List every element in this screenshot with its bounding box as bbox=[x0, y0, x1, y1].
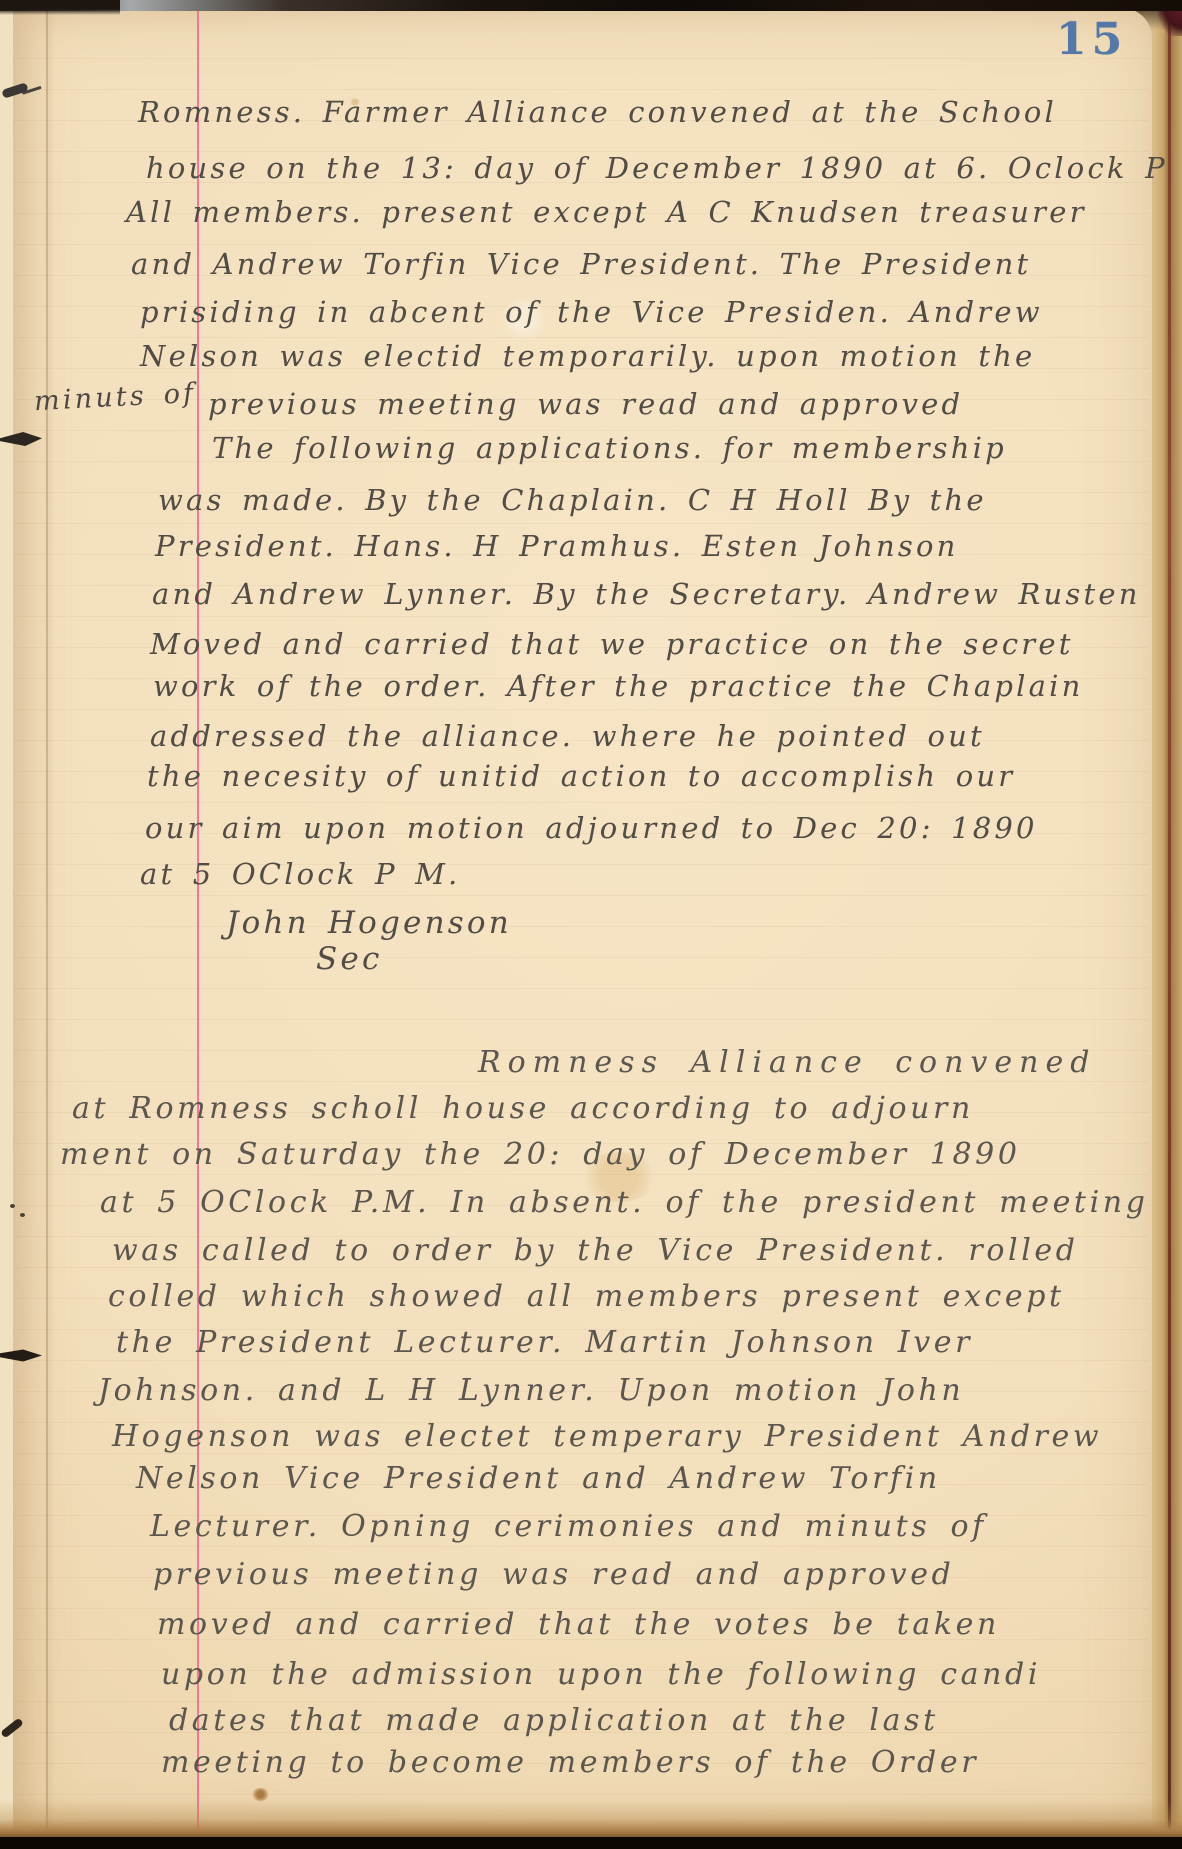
manuscript-line: our aim upon motion adjourned to Dec 20:… bbox=[145, 812, 1038, 845]
manuscript-line: house on the 13: day of December 1890 at… bbox=[146, 152, 1182, 185]
manuscript-scan: 15 Romness. Farmer Alliance convened at … bbox=[0, 0, 1182, 1849]
manuscript-line: Lecturer. Opning cerimonies and minuts o… bbox=[150, 1510, 987, 1545]
manuscript-line: addressed the alliance. where he pointed… bbox=[150, 720, 985, 753]
manuscript-line: at 5 OClock P M. bbox=[140, 858, 460, 891]
manuscript-line: upon the admission upon the following ca… bbox=[161, 1658, 1041, 1693]
manuscript-line: and Andrew Lynner. By the Secretary. And… bbox=[152, 578, 1141, 611]
manuscript-line: moved and carried that the votes be take… bbox=[157, 1608, 1000, 1643]
manuscript-line: All members. present except A C Knudsen … bbox=[126, 196, 1087, 229]
manuscript-line: Romness. Farmer Alliance convened at the… bbox=[138, 96, 1057, 129]
manuscript-line: Johnson. and L H Lynner. Upon motion Joh… bbox=[98, 1374, 964, 1409]
manuscript-line: President. Hans. H Pramhus. Esten Johnso… bbox=[155, 530, 959, 563]
photo-top-edge bbox=[0, 0, 1182, 11]
manuscript-line: work of the order. After the practice th… bbox=[153, 670, 1083, 703]
manuscript-line: Romness Alliance convened bbox=[478, 1046, 1096, 1081]
secretary-signature: John Hogenson bbox=[226, 906, 512, 942]
manuscript-line: Nelson was electid temporarily. upon mot… bbox=[140, 340, 1035, 373]
manuscript-line: meeting to become members of the Order bbox=[161, 1746, 979, 1781]
manuscript-line: previous meeting was read and approved bbox=[208, 388, 963, 421]
underlying-page-edge bbox=[0, 4, 14, 1841]
photo-bottom-edge bbox=[0, 1837, 1182, 1849]
manuscript-line: Hogenson was electet temperary President… bbox=[112, 1420, 1102, 1455]
manuscript-line: was made. By the Chaplain. C H Holl By t… bbox=[158, 484, 987, 517]
photo-top-edge-corner bbox=[0, 0, 120, 15]
secretary-title: Sec bbox=[316, 942, 383, 978]
manuscript-line: was called to order by the Vice Presiden… bbox=[112, 1234, 1079, 1269]
manuscript-line: prisiding in abcent of the Vice Presiden… bbox=[140, 296, 1043, 329]
manuscript-line: the President Lecturer. Martin Johnson I… bbox=[116, 1326, 973, 1361]
manuscript-line: Moved and carried that we practice on th… bbox=[150, 628, 1074, 661]
manuscript-line: at 5 OClock P.M. In absent. of the presi… bbox=[100, 1186, 1149, 1221]
manuscript-line: and Andrew Torfin Vice President. The Pr… bbox=[131, 248, 1031, 281]
gutter-crease bbox=[46, 8, 48, 1837]
binding-stitch bbox=[10, 1204, 15, 1208]
manuscript-line: at Romness scholl house according to adj… bbox=[72, 1092, 974, 1127]
page-bottom-curve bbox=[0, 1799, 1182, 1841]
manuscript-line: Nelson Vice President and Andrew Torfin bbox=[136, 1462, 941, 1497]
manuscript-line: ment on Saturday the 20: day of December… bbox=[60, 1138, 1021, 1173]
manuscript-line: previous meeting was read and approved bbox=[153, 1558, 954, 1593]
book-cover-edge-line bbox=[1168, 0, 1171, 1849]
page-number: 15 bbox=[1056, 14, 1127, 65]
manuscript-line: the necesity of unitid action to accompl… bbox=[147, 760, 1015, 793]
manuscript-line: dates that made application at the last bbox=[169, 1704, 939, 1739]
manuscript-line: The following applications. for membersh… bbox=[212, 432, 1007, 465]
manuscript-line: colled which showed all members present … bbox=[108, 1280, 1065, 1315]
